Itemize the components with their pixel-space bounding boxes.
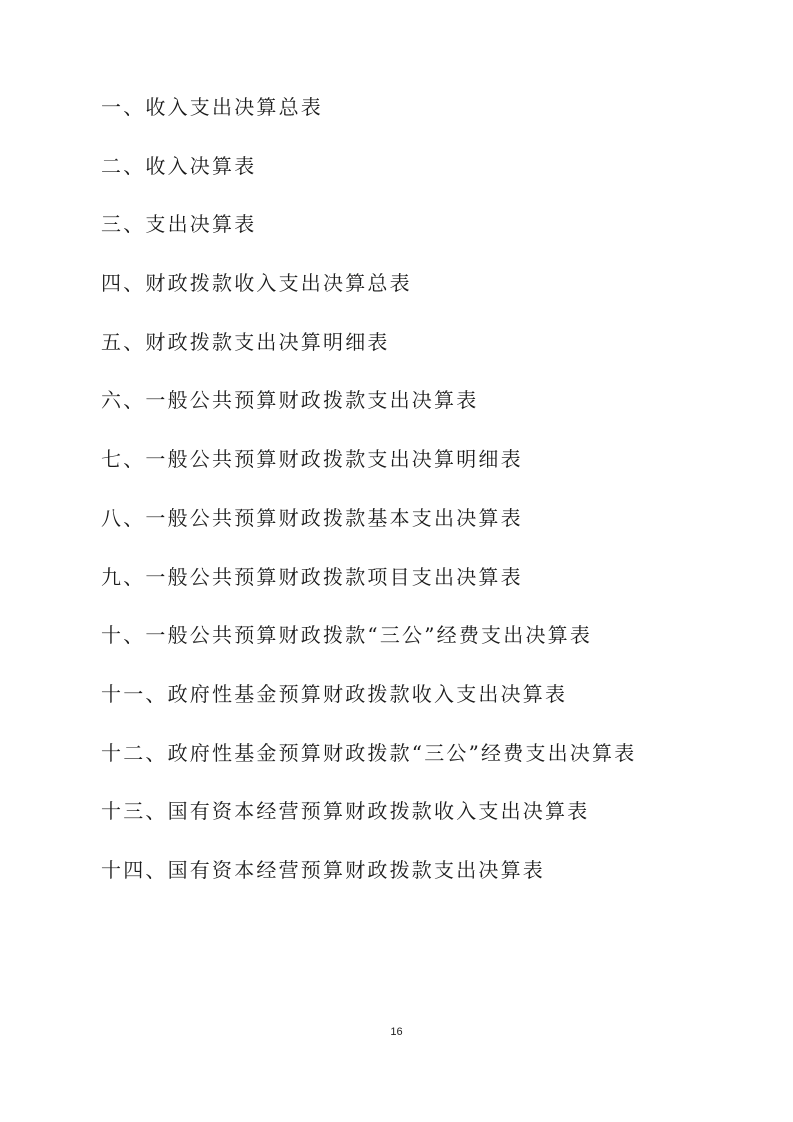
list-item: 二、收入决算表 (101, 151, 636, 210)
page-number: 16 (0, 1026, 793, 1038)
document-page: 一、收入支出决算总表 二、收入决算表 三、支出决算表 四、财政拨款收入支出决算总… (0, 0, 793, 1122)
list-item: 六、一般公共预算财政拨款支出决算表 (101, 385, 636, 444)
table-list: 一、收入支出决算总表 二、收入决算表 三、支出决算表 四、财政拨款收入支出决算总… (101, 92, 636, 914)
list-item: 七、一般公共预算财政拨款支出决算明细表 (101, 444, 636, 503)
list-item: 十三、国有资本经营预算财政拨款收入支出决算表 (101, 796, 636, 855)
list-item: 四、财政拨款收入支出决算总表 (101, 268, 636, 327)
list-item: 一、收入支出决算总表 (101, 92, 636, 151)
list-item: 三、支出决算表 (101, 209, 636, 268)
list-item: 十一、政府性基金预算财政拨款收入支出决算表 (101, 679, 636, 738)
list-item: 八、一般公共预算财政拨款基本支出决算表 (101, 503, 636, 562)
list-item: 九、一般公共预算财政拨款项目支出决算表 (101, 562, 636, 621)
list-item: 十四、国有资本经营预算财政拨款支出决算表 (101, 855, 636, 914)
list-item: 五、财政拨款支出决算明细表 (101, 327, 636, 386)
list-item: 十二、政府性基金预算财政拨款“三公”经费支出决算表 (101, 738, 636, 797)
list-item: 十、一般公共预算财政拨款“三公”经费支出决算表 (101, 620, 636, 679)
